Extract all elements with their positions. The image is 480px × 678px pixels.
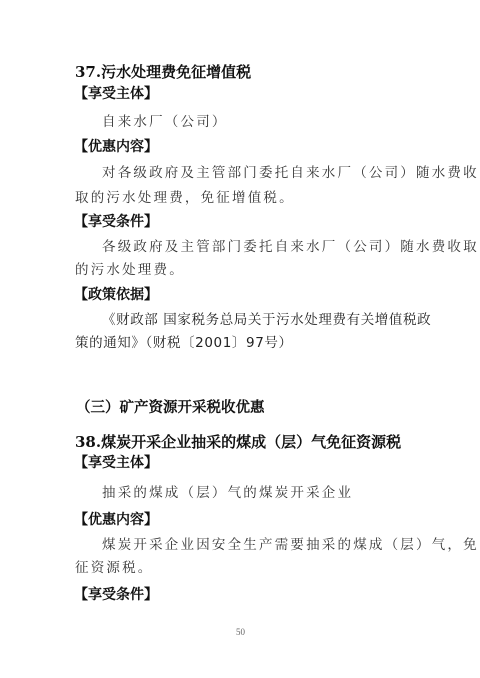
item-37-conditions-line-1: 各级政府及主管部门委托自来水厂（公司）随水费收取 <box>102 238 479 256</box>
item-37-beneficiary: 自来水厂（公司） <box>102 113 228 131</box>
page-number: 50 <box>236 627 245 637</box>
item-37-conditions-line-2: 的污水处理费。 <box>75 261 185 279</box>
item-37-basis-line-2: 策的通知》（财税〔2001〕97号） <box>75 334 293 352</box>
item-37-title: 37.污水处理费免征增值税 <box>75 63 251 81</box>
item-37-basis-label: 【政策依据】 <box>74 286 158 304</box>
item-38-content-line-2: 征资源税。 <box>75 559 154 577</box>
item-38-conditions-label: 【享受条件】 <box>74 586 158 604</box>
item-38-content-line-1: 煤炭开采企业因安全生产需要抽采的煤成（层）气，免 <box>102 536 479 554</box>
item-37-basis-line-1: 《财政部 国家税务总局关于污水处理费有关增值税政 <box>102 311 431 329</box>
item-37-content-line-2: 取的污水处理费，免征增值税。 <box>75 189 295 207</box>
item-37-content-label: 【优惠内容】 <box>74 138 158 156</box>
item-38-beneficiary-label: 【享受主体】 <box>74 454 158 472</box>
item-38-title: 38.煤炭开采企业抽采的煤成（层）气免征资源税 <box>75 433 401 451</box>
item-37-conditions-label: 【享受条件】 <box>74 213 158 231</box>
category-heading: （三）矿产资源开采税收优惠 <box>76 399 265 417</box>
item-37-beneficiary-label: 【享受主体】 <box>74 85 158 103</box>
item-37-content-line-1: 对各级政府及主管部门委托自来水厂（公司）随水费收 <box>102 164 479 182</box>
item-38-beneficiary: 抽采的煤成（层）气的煤炭开采企业 <box>102 484 353 502</box>
item-38-content-label: 【优惠内容】 <box>74 511 158 529</box>
